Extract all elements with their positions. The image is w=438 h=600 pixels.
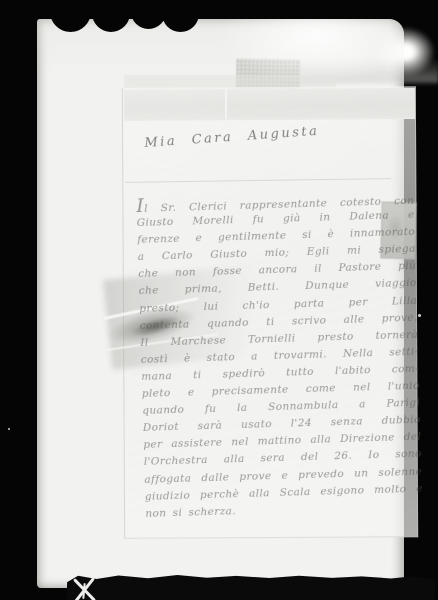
bottom-black-band [67,572,435,600]
photo-plate: Mia Cara Augusta Il Sr. Clerici rapprese… [37,19,404,588]
photo-frame: Mia Cara Augusta Il Sr. Clerici rapprese… [0,0,438,600]
dust-speck [8,428,10,430]
scratch-mark [70,575,100,600]
letter-body: Il Sr. Clerici rappresentante cotesto co… [136,190,424,523]
dust-speck [418,314,421,317]
